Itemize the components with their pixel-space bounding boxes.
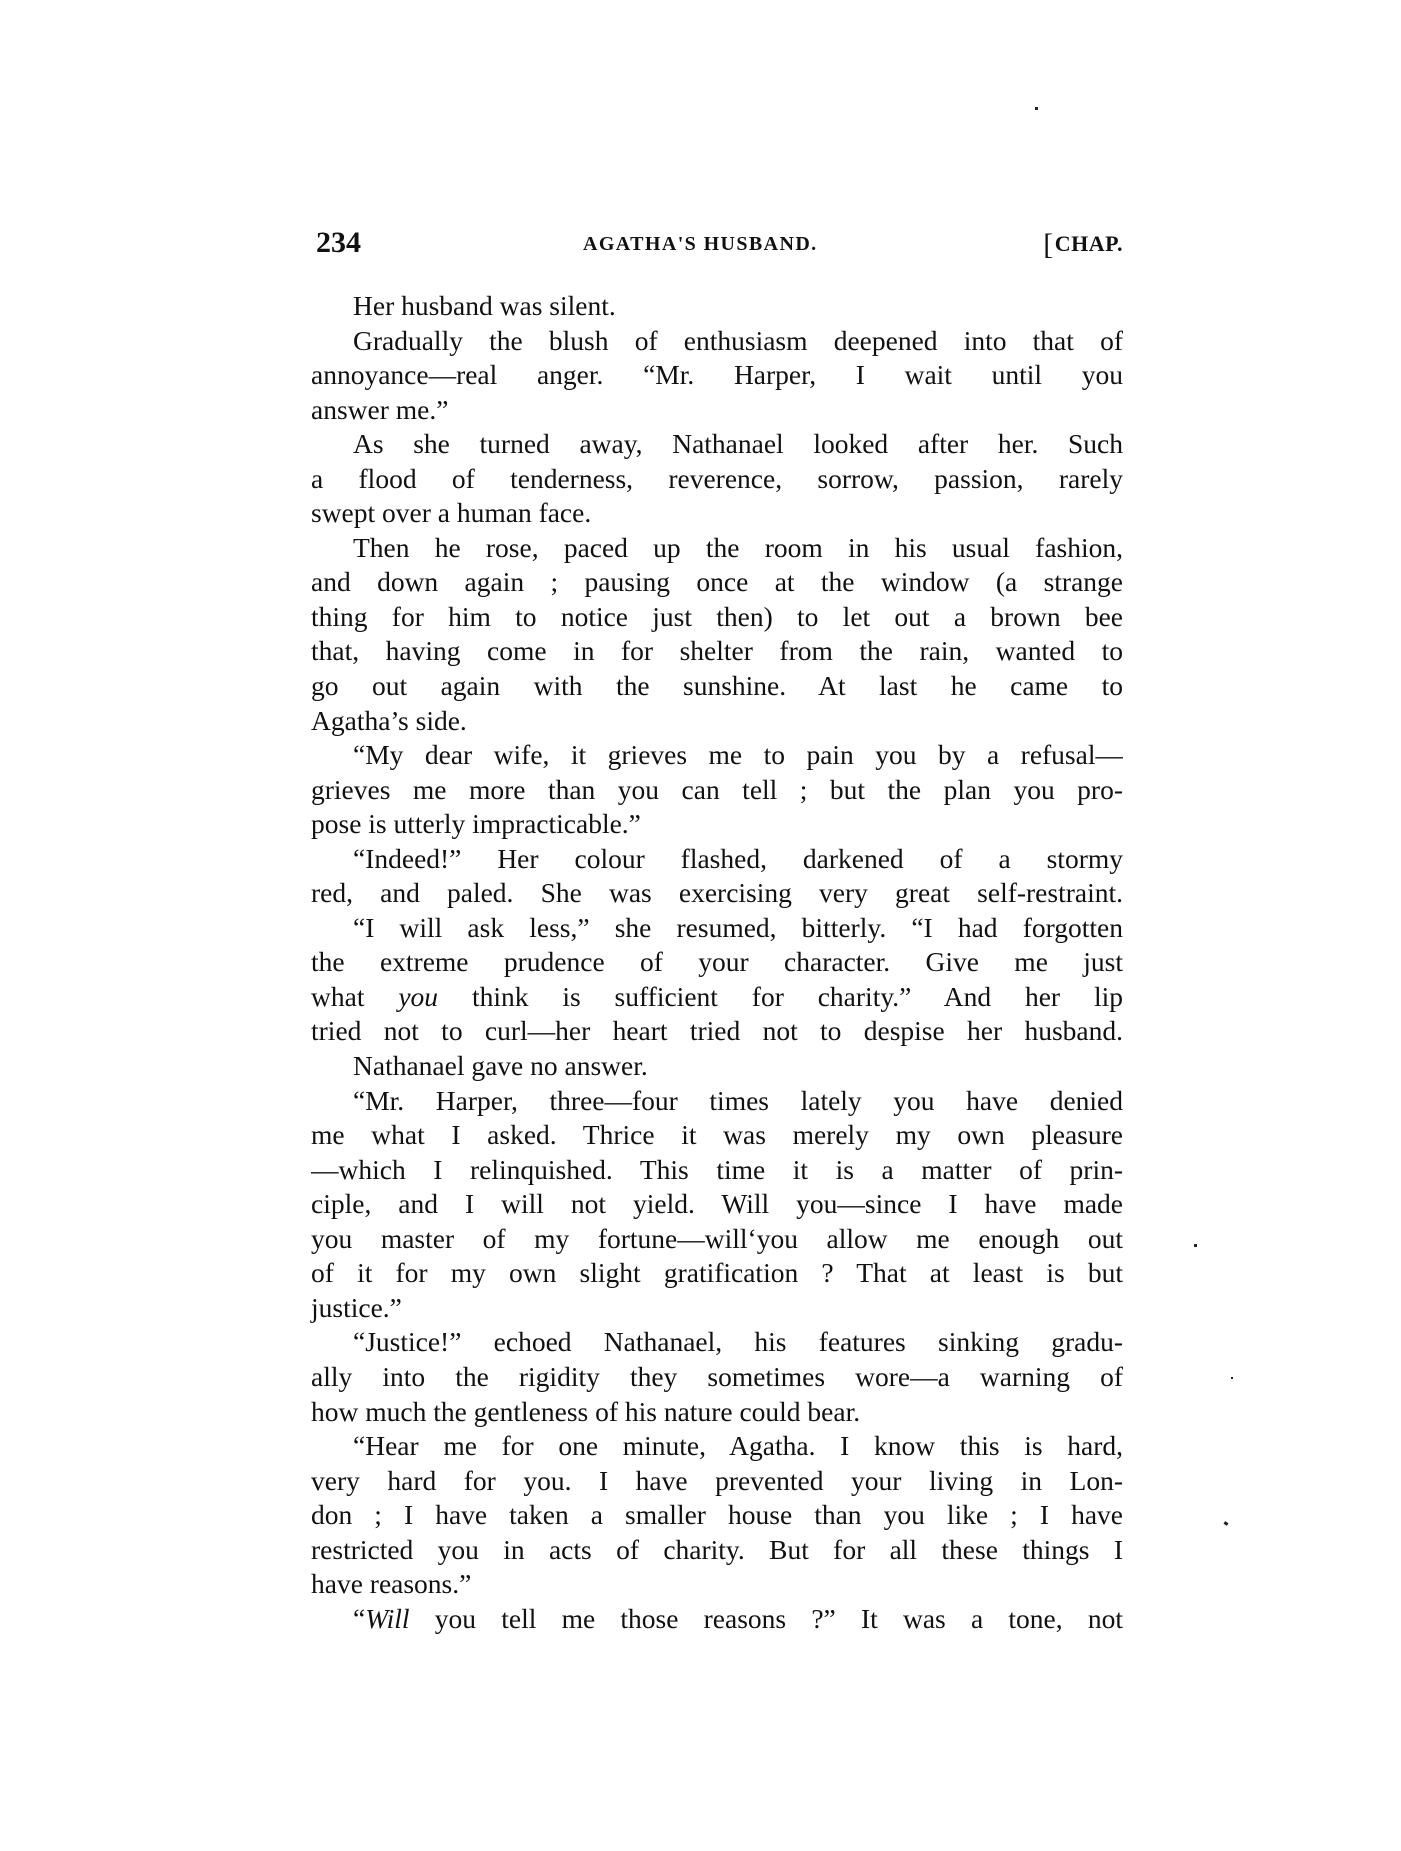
line-text: As she turned away, Nathanael looked aft… <box>353 428 1123 459</box>
text-line: go out again with the sunshine. At last … <box>311 669 1123 704</box>
text-line: “Indeed!” Her colour flashed, darkened o… <box>311 842 1123 877</box>
line-text: annoyance—real anger. “Mr. Harper, I wai… <box>311 359 1123 390</box>
line-text: me what I asked. Thrice it was merely my… <box>311 1119 1123 1150</box>
line-text: you tell me those reasons ?” It was a to… <box>410 1603 1123 1634</box>
scan-speck <box>1035 107 1038 110</box>
text-line: “Will you tell me those reasons ?” It wa… <box>311 1602 1123 1637</box>
line-text: you master of my fortune—will‘you allow … <box>311 1223 1123 1254</box>
scan-speck <box>1231 1377 1233 1379</box>
chapter-label: CHAP. <box>1055 231 1123 256</box>
running-head: 234 AGATHA'S HUSBAND. [CHAP. <box>311 226 1123 260</box>
text-line: red, and paled. She was exercising very … <box>311 876 1123 911</box>
text-line: and down again ; pausing once at the win… <box>311 565 1123 600</box>
line-text: Gradually the blush of enthusiasm deepen… <box>353 325 1123 356</box>
line-text: don ; I have taken a smaller house than … <box>311 1499 1123 1530</box>
italic-emphasis: you <box>398 981 438 1012</box>
line-text: ciple, and I will not yield. Will you—si… <box>311 1188 1123 1219</box>
line-text: “I will ask less,” she resumed, bitterly… <box>353 912 1123 943</box>
chapter-mark: [CHAP. <box>1043 230 1123 259</box>
text-line: ciple, and I will not yield. Will you—si… <box>311 1187 1123 1222</box>
text-line: “My dear wife, it grieves me to pain you… <box>311 738 1123 773</box>
line-text: Her husband was silent. <box>353 290 616 321</box>
body-text: Her husband was silent. Gradually the bl… <box>311 289 1123 1636</box>
text-line: of it for my own slight gratification ? … <box>311 1256 1123 1291</box>
text-line: thing for him to notice just then) to le… <box>311 600 1123 635</box>
text-line: grieves me more than you can tell ; but … <box>311 773 1123 808</box>
text-line: justice.” <box>311 1291 1123 1326</box>
text-line: Then he rose, paced up the room in his u… <box>311 531 1123 566</box>
line-text: think is sufficient for charity.” And he… <box>438 981 1123 1012</box>
line-text: what <box>311 981 398 1012</box>
page-number: 234 <box>316 226 361 260</box>
text-line: “I will ask less,” she resumed, bitterly… <box>311 911 1123 946</box>
line-text: tried not to curl—her heart tried not to… <box>311 1015 1123 1046</box>
text-line: me what I asked. Thrice it was merely my… <box>311 1118 1123 1153</box>
line-text: justice.” <box>311 1292 402 1323</box>
line-text: that, having come in for shelter from th… <box>311 635 1123 666</box>
text-line: you master of my fortune—will‘you allow … <box>311 1222 1123 1257</box>
scan-speck <box>1194 1244 1197 1247</box>
line-text: a flood of tenderness, reverence, sorrow… <box>311 463 1123 494</box>
text-line: don ; I have taken a smaller house than … <box>311 1498 1123 1533</box>
line-text: “Hear me for one minute, Agatha. I know … <box>353 1430 1123 1461</box>
text-line: what you think is sufficient for charity… <box>311 980 1123 1015</box>
text-line: “Hear me for one minute, Agatha. I know … <box>311 1429 1123 1464</box>
line-text: grieves me more than you can tell ; but … <box>311 774 1123 805</box>
text-line: ally into the rigidity they sometimes wo… <box>311 1360 1123 1395</box>
line-text: red, and paled. She was exercising very … <box>311 877 1123 908</box>
line-text: the extreme prudence of your character. … <box>311 946 1123 977</box>
line-text: Nathanael gave no answer. <box>353 1050 648 1081</box>
text-line: Agatha’s side. <box>311 704 1123 739</box>
line-text: restricted you in acts of charity. But f… <box>311 1534 1123 1565</box>
line-text: and down again ; pausing once at the win… <box>311 566 1123 597</box>
line-text: of it for my own slight gratification ? … <box>311 1257 1123 1288</box>
text-line: pose is utterly impracticable.” <box>311 807 1123 842</box>
line-text: how much the gentleness of his nature co… <box>311 1396 860 1427</box>
line-text: Agatha’s side. <box>311 705 467 736</box>
line-text: swept over a human face. <box>311 497 591 528</box>
line-text: “ <box>353 1603 365 1634</box>
text-line: restricted you in acts of charity. But f… <box>311 1533 1123 1568</box>
text-line: answer me.” <box>311 393 1123 428</box>
line-text: have reasons.” <box>311 1568 471 1599</box>
text-line: Nathanael gave no answer. <box>311 1049 1123 1084</box>
text-line: very hard for you. I have prevented your… <box>311 1464 1123 1499</box>
text-line: swept over a human face. <box>311 496 1123 531</box>
chapter-bracket: [ <box>1043 228 1054 261</box>
text-line: have reasons.” <box>311 1567 1123 1602</box>
line-text: pose is utterly impracticable.” <box>311 808 641 839</box>
text-line: Gradually the blush of enthusiasm deepen… <box>311 324 1123 359</box>
line-text: ally into the rigidity they sometimes wo… <box>311 1361 1123 1392</box>
text-line: a flood of tenderness, reverence, sorrow… <box>311 462 1123 497</box>
line-text: answer me.” <box>311 394 448 425</box>
scan-speck <box>1224 1521 1229 1526</box>
italic-emphasis: Will <box>365 1603 409 1634</box>
text-line: As she turned away, Nathanael looked aft… <box>311 427 1123 462</box>
text-line: how much the gentleness of his nature co… <box>311 1395 1123 1430</box>
line-text: very hard for you. I have prevented your… <box>311 1465 1123 1496</box>
text-line: annoyance—real anger. “Mr. Harper, I wai… <box>311 358 1123 393</box>
line-text: thing for him to notice just then) to le… <box>311 601 1123 632</box>
line-text: go out again with the sunshine. At last … <box>311 670 1123 701</box>
text-line: “Mr. Harper, three—four times lately you… <box>311 1084 1123 1119</box>
line-text: “My dear wife, it grieves me to pain you… <box>353 739 1123 770</box>
line-text: “Mr. Harper, three—four times lately you… <box>353 1085 1123 1116</box>
line-text: —which I relinquished. This time it is a… <box>311 1154 1123 1185</box>
line-text: “Justice!” echoed Nathanael, his feature… <box>353 1326 1123 1357</box>
text-line: tried not to curl—her heart tried not to… <box>311 1014 1123 1049</box>
text-line: Her husband was silent. <box>311 289 1123 324</box>
line-text: Then he rose, paced up the room in his u… <box>353 532 1123 563</box>
text-line: “Justice!” echoed Nathanael, his feature… <box>311 1325 1123 1360</box>
running-title: AGATHA'S HUSBAND. <box>583 232 818 256</box>
text-line: —which I relinquished. This time it is a… <box>311 1153 1123 1188</box>
text-line: that, having come in for shelter from th… <box>311 634 1123 669</box>
text-line: the extreme prudence of your character. … <box>311 945 1123 980</box>
line-text: “Indeed!” Her colour flashed, darkened o… <box>353 843 1123 874</box>
